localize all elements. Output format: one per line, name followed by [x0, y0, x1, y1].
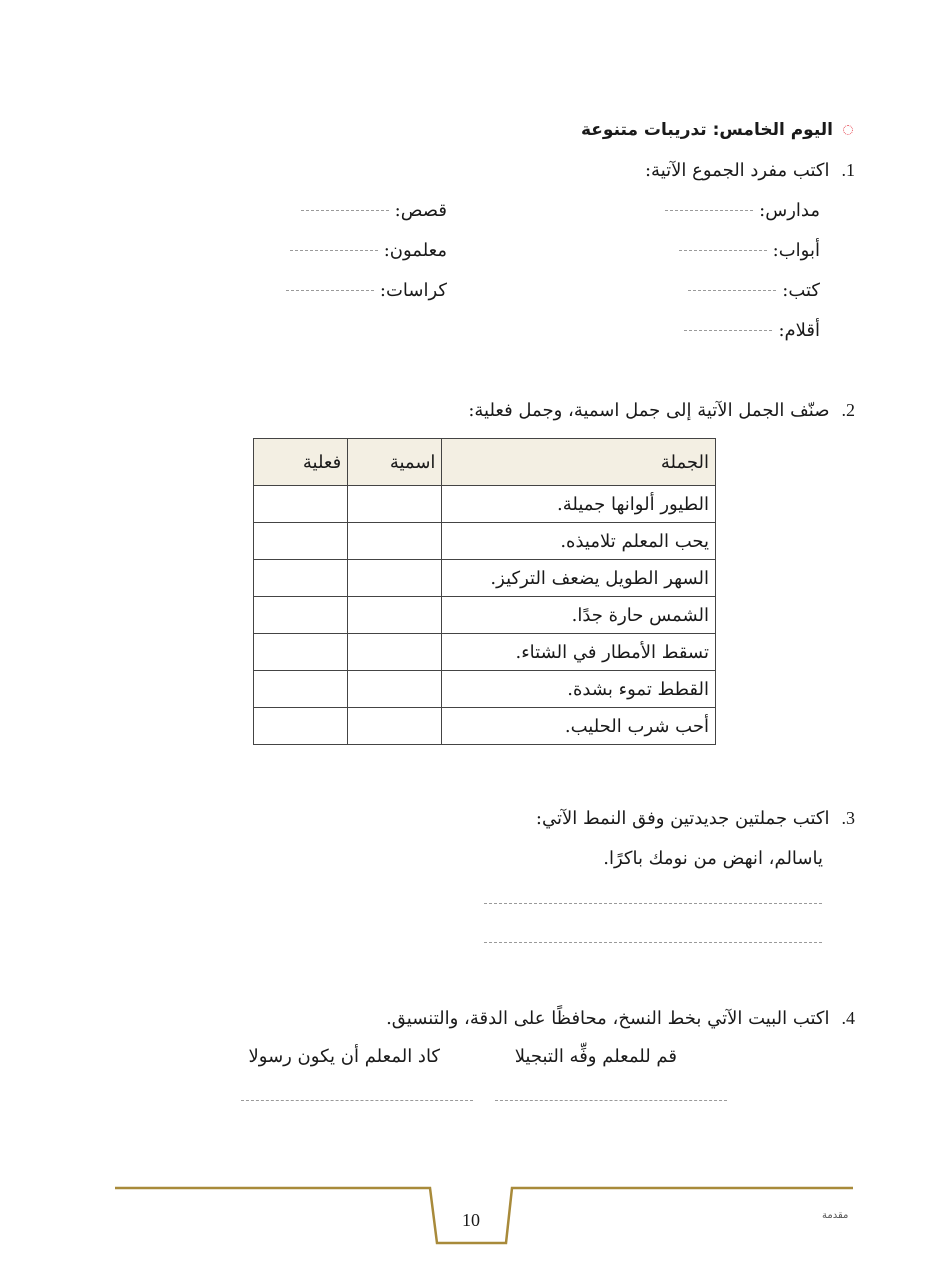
section-label: مقدمة — [822, 1210, 848, 1221]
footer-tab-line — [0, 0, 945, 1276]
page-number: 10 — [462, 1210, 480, 1231]
